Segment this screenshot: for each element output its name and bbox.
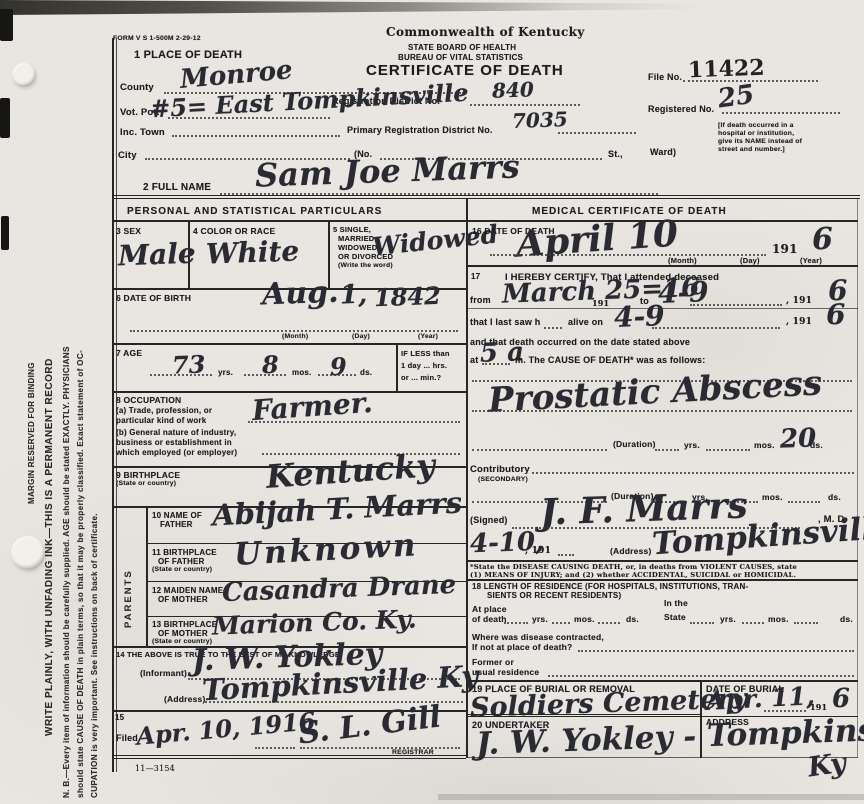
cause-intro-statement: m. The CAUSE OF DEATH* was as follows:	[515, 355, 705, 365]
form-code: FORM V S 1-500M 2-29-12	[113, 35, 201, 42]
rule-line	[468, 560, 858, 562]
dotted-leader	[544, 327, 562, 329]
hospital-note-line1: [If death occurred in a	[718, 122, 794, 129]
dob-day-label: (Day)	[352, 333, 370, 340]
parents-label: PARENTS	[123, 532, 134, 628]
dotted-leader	[248, 421, 460, 423]
commonwealth-heading: Commonwealth of Kentucky	[386, 25, 585, 39]
contracted-label-line2: If not at place of death?	[472, 642, 572, 652]
ifless-line2: 1 day ... hrs.	[401, 361, 447, 370]
age-mos-label: mos.	[292, 368, 311, 377]
dotted-leader	[130, 330, 458, 332]
form-left-border	[112, 38, 114, 772]
certify-item-number: 17	[471, 272, 480, 281]
city-ward-label: Ward)	[650, 147, 676, 157]
scan-edge-top	[0, 0, 730, 15]
registration-district-value: 840	[492, 77, 535, 102]
dotted-leader	[598, 622, 620, 624]
printed-year-prefix: 191	[592, 298, 609, 308]
certificate-title: CERTIFICATE OF DEATH	[366, 62, 564, 79]
cell-divider	[396, 344, 398, 392]
printed-year-prefix: 191	[810, 702, 827, 712]
inc-town-label: Inc. Town	[120, 127, 165, 138]
city-st-label: St.,	[608, 149, 623, 159]
dotted-leader	[742, 622, 764, 624]
date-of-death-year-value: 6	[811, 222, 833, 258]
dotted-leader	[558, 554, 574, 556]
mother-name-label-line1: 12 MAIDEN NAME	[152, 586, 223, 595]
full-name-label: 2 FULL NAME	[143, 182, 211, 193]
scan-blot	[0, 9, 13, 41]
dotted-leader	[655, 449, 679, 451]
occupation-b-line3: which employed (or employer)	[116, 448, 237, 457]
dotted-leader	[150, 374, 212, 376]
in-state-mos-label: mos.	[768, 614, 789, 624]
marital-label-line1: 5 SINGLE,	[333, 225, 371, 234]
birthplace-sub-label: (State or country)	[116, 480, 176, 487]
dotted-leader	[690, 304, 782, 306]
contributory-ds-label: ds.	[828, 492, 841, 502]
rule-line-heavy	[468, 579, 858, 581]
signed-label: (Signed)	[470, 515, 508, 525]
father-birthplace-label-line1: 11 BIRTHPLACE	[152, 548, 217, 557]
margin-nb-line1: N. B.—Every item of information should b…	[62, 150, 71, 798]
contributory-mos-label: mos.	[762, 492, 783, 502]
dob-month-value: Aug.	[261, 275, 339, 313]
dotted-leader	[706, 449, 750, 451]
dotted-leader	[652, 327, 780, 329]
occupation-b-line2: business or establishment in	[116, 438, 232, 447]
dotted-leader	[472, 449, 607, 451]
in-the-label-line1: In the	[664, 598, 688, 608]
at-place-mos-label: mos.	[574, 614, 595, 624]
hospital-note-line3: give its NAME instead of	[718, 138, 802, 145]
punch-hole	[11, 536, 45, 570]
personal-section-title: PERSONAL AND STATISTICAL PARTICULARS	[127, 206, 382, 217]
dotted-leader	[788, 501, 820, 503]
cause-duration-label: (Duration)	[613, 439, 656, 449]
undertaker-signature-state: Ky	[806, 748, 848, 784]
punch-hole	[12, 63, 36, 87]
father-birthplace-label-line2: OF FATHER	[158, 557, 205, 566]
printed-year-prefix: , 191	[525, 546, 551, 556]
color-race-label: 4 COLOR OR RACE	[193, 226, 275, 236]
at-place-label-line2: of death	[472, 614, 507, 624]
in-state-ds-label: ds.	[840, 614, 853, 624]
dotted-leader	[300, 747, 460, 749]
dotted-leader	[552, 622, 570, 624]
color-race-value: White	[205, 234, 299, 270]
dod-day-label: (Day)	[740, 256, 760, 265]
dotted-leader	[470, 104, 580, 106]
dotted-leader	[722, 112, 840, 114]
county-label: County	[120, 82, 154, 93]
margin-nb-line3: CUPATION is very important. See instruct…	[90, 150, 99, 798]
hospital-note-line4: street and number.]	[718, 146, 785, 153]
margin-nb-line2: should state CAUSE OF DEATH in plain ter…	[76, 150, 85, 798]
residence-label-line1: 18 LENGTH OF RESIDENCE (FOR HOSPITALS, I…	[472, 582, 748, 591]
informant-address-label: (Address)	[164, 694, 205, 704]
mother-name-value: Casandra Drane	[222, 570, 457, 608]
printed-year-prefix: , 191	[786, 296, 812, 306]
dotted-leader	[472, 410, 852, 412]
table-top-rule	[112, 195, 860, 199]
scan-blot	[1, 216, 9, 250]
at-place-label-line1: At place	[472, 604, 507, 614]
dotted-leader	[764, 710, 806, 712]
parents-divider	[146, 506, 148, 647]
file-no-label: File No.	[648, 72, 682, 82]
registered-no-label: Registered No.	[648, 104, 714, 114]
hospital-note-line2: hospital or institution,	[718, 130, 794, 137]
informant-label: (Informant)	[140, 668, 187, 678]
dob-day-value: 1,	[339, 280, 367, 311]
residence-label-line2: SIENTS OR RECENT RESIDENTS)	[487, 591, 621, 600]
dotted-leader	[578, 650, 854, 652]
margin-binding-note: MARGIN RESERVED FOR BINDING	[27, 328, 36, 504]
primary-registration-label: Primary Registration District No.	[347, 125, 493, 135]
dotted-leader	[532, 472, 854, 474]
marital-label-line5: (Write the word)	[338, 262, 393, 269]
cause-duration-mos-label: mos.	[754, 440, 775, 450]
ifless-line1: IF LESS than	[401, 349, 450, 358]
dotted-leader	[244, 374, 286, 376]
form-left-border-inner	[116, 38, 117, 772]
contributory-label: Contributory	[470, 464, 530, 475]
place-of-death-label: 1 PLACE OF DEATH	[134, 49, 242, 61]
father-birthplace-sub-label: (State or country)	[152, 566, 212, 573]
cause-of-death-value: Prostatic Abscess	[487, 363, 823, 420]
secondary-label: (SECONDARY)	[478, 476, 528, 483]
in-state-yrs-label: yrs.	[720, 614, 736, 624]
burial-date-year-value: 6	[831, 684, 850, 715]
father-name-label-line2: FATHER	[160, 520, 193, 529]
age-label: 7 AGE	[116, 348, 142, 358]
contracted-label-line1: Where was disease contracted,	[472, 632, 604, 642]
printed-year-prefix: , 191	[786, 317, 812, 327]
physician-address-label: (Address)	[610, 546, 651, 556]
age-ds-label: ds.	[360, 368, 372, 377]
age-days-value: 9	[329, 352, 347, 382]
former-residence-label-line2: usual residence	[472, 667, 539, 677]
footnote-line1: *State the DISEASE CAUSING DEATH, or, in…	[470, 563, 797, 571]
rule-line	[468, 757, 858, 758]
mother-name-label-line2: OF MOTHER	[158, 595, 208, 604]
dotted-leader	[504, 622, 528, 624]
dod-month-label: (Month)	[668, 256, 697, 265]
filed-date-value: Apr. 10, 1916	[135, 706, 316, 751]
dotted-leader	[490, 254, 766, 256]
printed-year-prefix: 191	[772, 242, 798, 256]
rule-line	[112, 220, 466, 222]
at-place-ds-label: ds.	[626, 614, 639, 624]
city-label: City	[118, 150, 137, 161]
state-board-heading: STATE BOARD OF HEALTH	[408, 43, 516, 52]
former-residence-label-line1: Former or	[472, 657, 514, 667]
occupation-a-line2: particular kind of work	[116, 416, 206, 425]
father-name-value: Abijah T. Marrs	[211, 485, 463, 532]
primary-registration-value: 7035	[512, 107, 568, 133]
registrar-signature: S. L. Gill	[296, 699, 442, 751]
footnote-line2: (1) MEANS OF INJURY; and (2) whether ACC…	[470, 571, 796, 579]
dotted-leader	[690, 622, 714, 624]
scan-edge-bottom	[438, 794, 864, 800]
form-number-footer: 11—3154	[135, 764, 175, 773]
form-right-border	[857, 199, 858, 758]
last-saw-year-value: 6	[825, 298, 846, 332]
at-place-yrs-label: yrs.	[532, 614, 548, 624]
birthplace-label: 9 BIRTHPLACE	[116, 470, 180, 480]
sex-label: 3 SEX	[116, 226, 141, 236]
father-birthplace-value: Unknown	[233, 527, 419, 573]
dob-year-value: 1842	[374, 281, 442, 312]
occupation-a-line1: (a) Trade, profession, or	[116, 406, 212, 415]
registered-no-value: 25	[716, 80, 756, 115]
rule-line-heavy	[468, 265, 858, 267]
attended-from-label: from	[470, 295, 491, 305]
dob-month-label: (Month)	[282, 333, 308, 340]
rule-line	[468, 714, 700, 715]
dotted-leader	[558, 132, 636, 134]
mother-birthplace-value: Marion Co. Ky.	[212, 604, 417, 640]
cause-duration-ds-label: ds.	[810, 440, 823, 450]
age-yrs-label: yrs.	[218, 368, 233, 377]
occupation-label: 8 OCCUPATION	[116, 395, 181, 405]
death-certificate-scan: MARGIN RESERVED FOR BINDING WRITE PLAINL…	[0, 0, 864, 804]
occupation-b-line1: (b) General nature of industry,	[116, 428, 236, 437]
filed-item-number: 15	[115, 713, 124, 722]
dotted-leader	[172, 135, 340, 137]
dod-year-label: (Year)	[800, 256, 822, 265]
ifless-line3: or ... min.?	[401, 373, 441, 382]
last-saw-label: that I last saw h	[470, 317, 540, 327]
filed-label: Filed	[116, 733, 138, 743]
bureau-heading: BUREAU OF VITAL STATISTICS	[398, 53, 523, 62]
dotted-leader	[794, 622, 818, 624]
dotted-leader	[548, 675, 854, 677]
in-the-label-line2: State	[664, 612, 686, 622]
last-saw-alive-label: alive on	[568, 317, 603, 327]
dotted-leader	[255, 747, 295, 749]
dotted-leader	[482, 363, 510, 365]
sex-value: Male	[117, 237, 196, 273]
full-name-value: Sam Joe Marrs	[254, 147, 520, 194]
dob-label: 6 DATE OF BIRTH	[116, 293, 191, 303]
dotted-leader	[318, 374, 356, 376]
margin-write-plainly-note: WRITE PLAINLY, WITH UNFADING INK—THIS IS…	[44, 168, 55, 736]
dotted-leader	[168, 117, 330, 119]
mother-birthplace-label-line1: 13 BIRTHPLACE	[152, 620, 217, 629]
cause-duration-yrs-label: yrs.	[684, 440, 700, 450]
rule-line	[112, 343, 466, 345]
scan-blot	[0, 98, 10, 138]
rule-line-double	[112, 755, 466, 759]
dob-year-label: (Year)	[418, 333, 438, 340]
mother-birthplace-label-line2: OF MOTHER	[158, 629, 208, 638]
father-name-label-line1: 10 NAME OF	[152, 511, 202, 520]
at-label: at	[470, 355, 478, 365]
